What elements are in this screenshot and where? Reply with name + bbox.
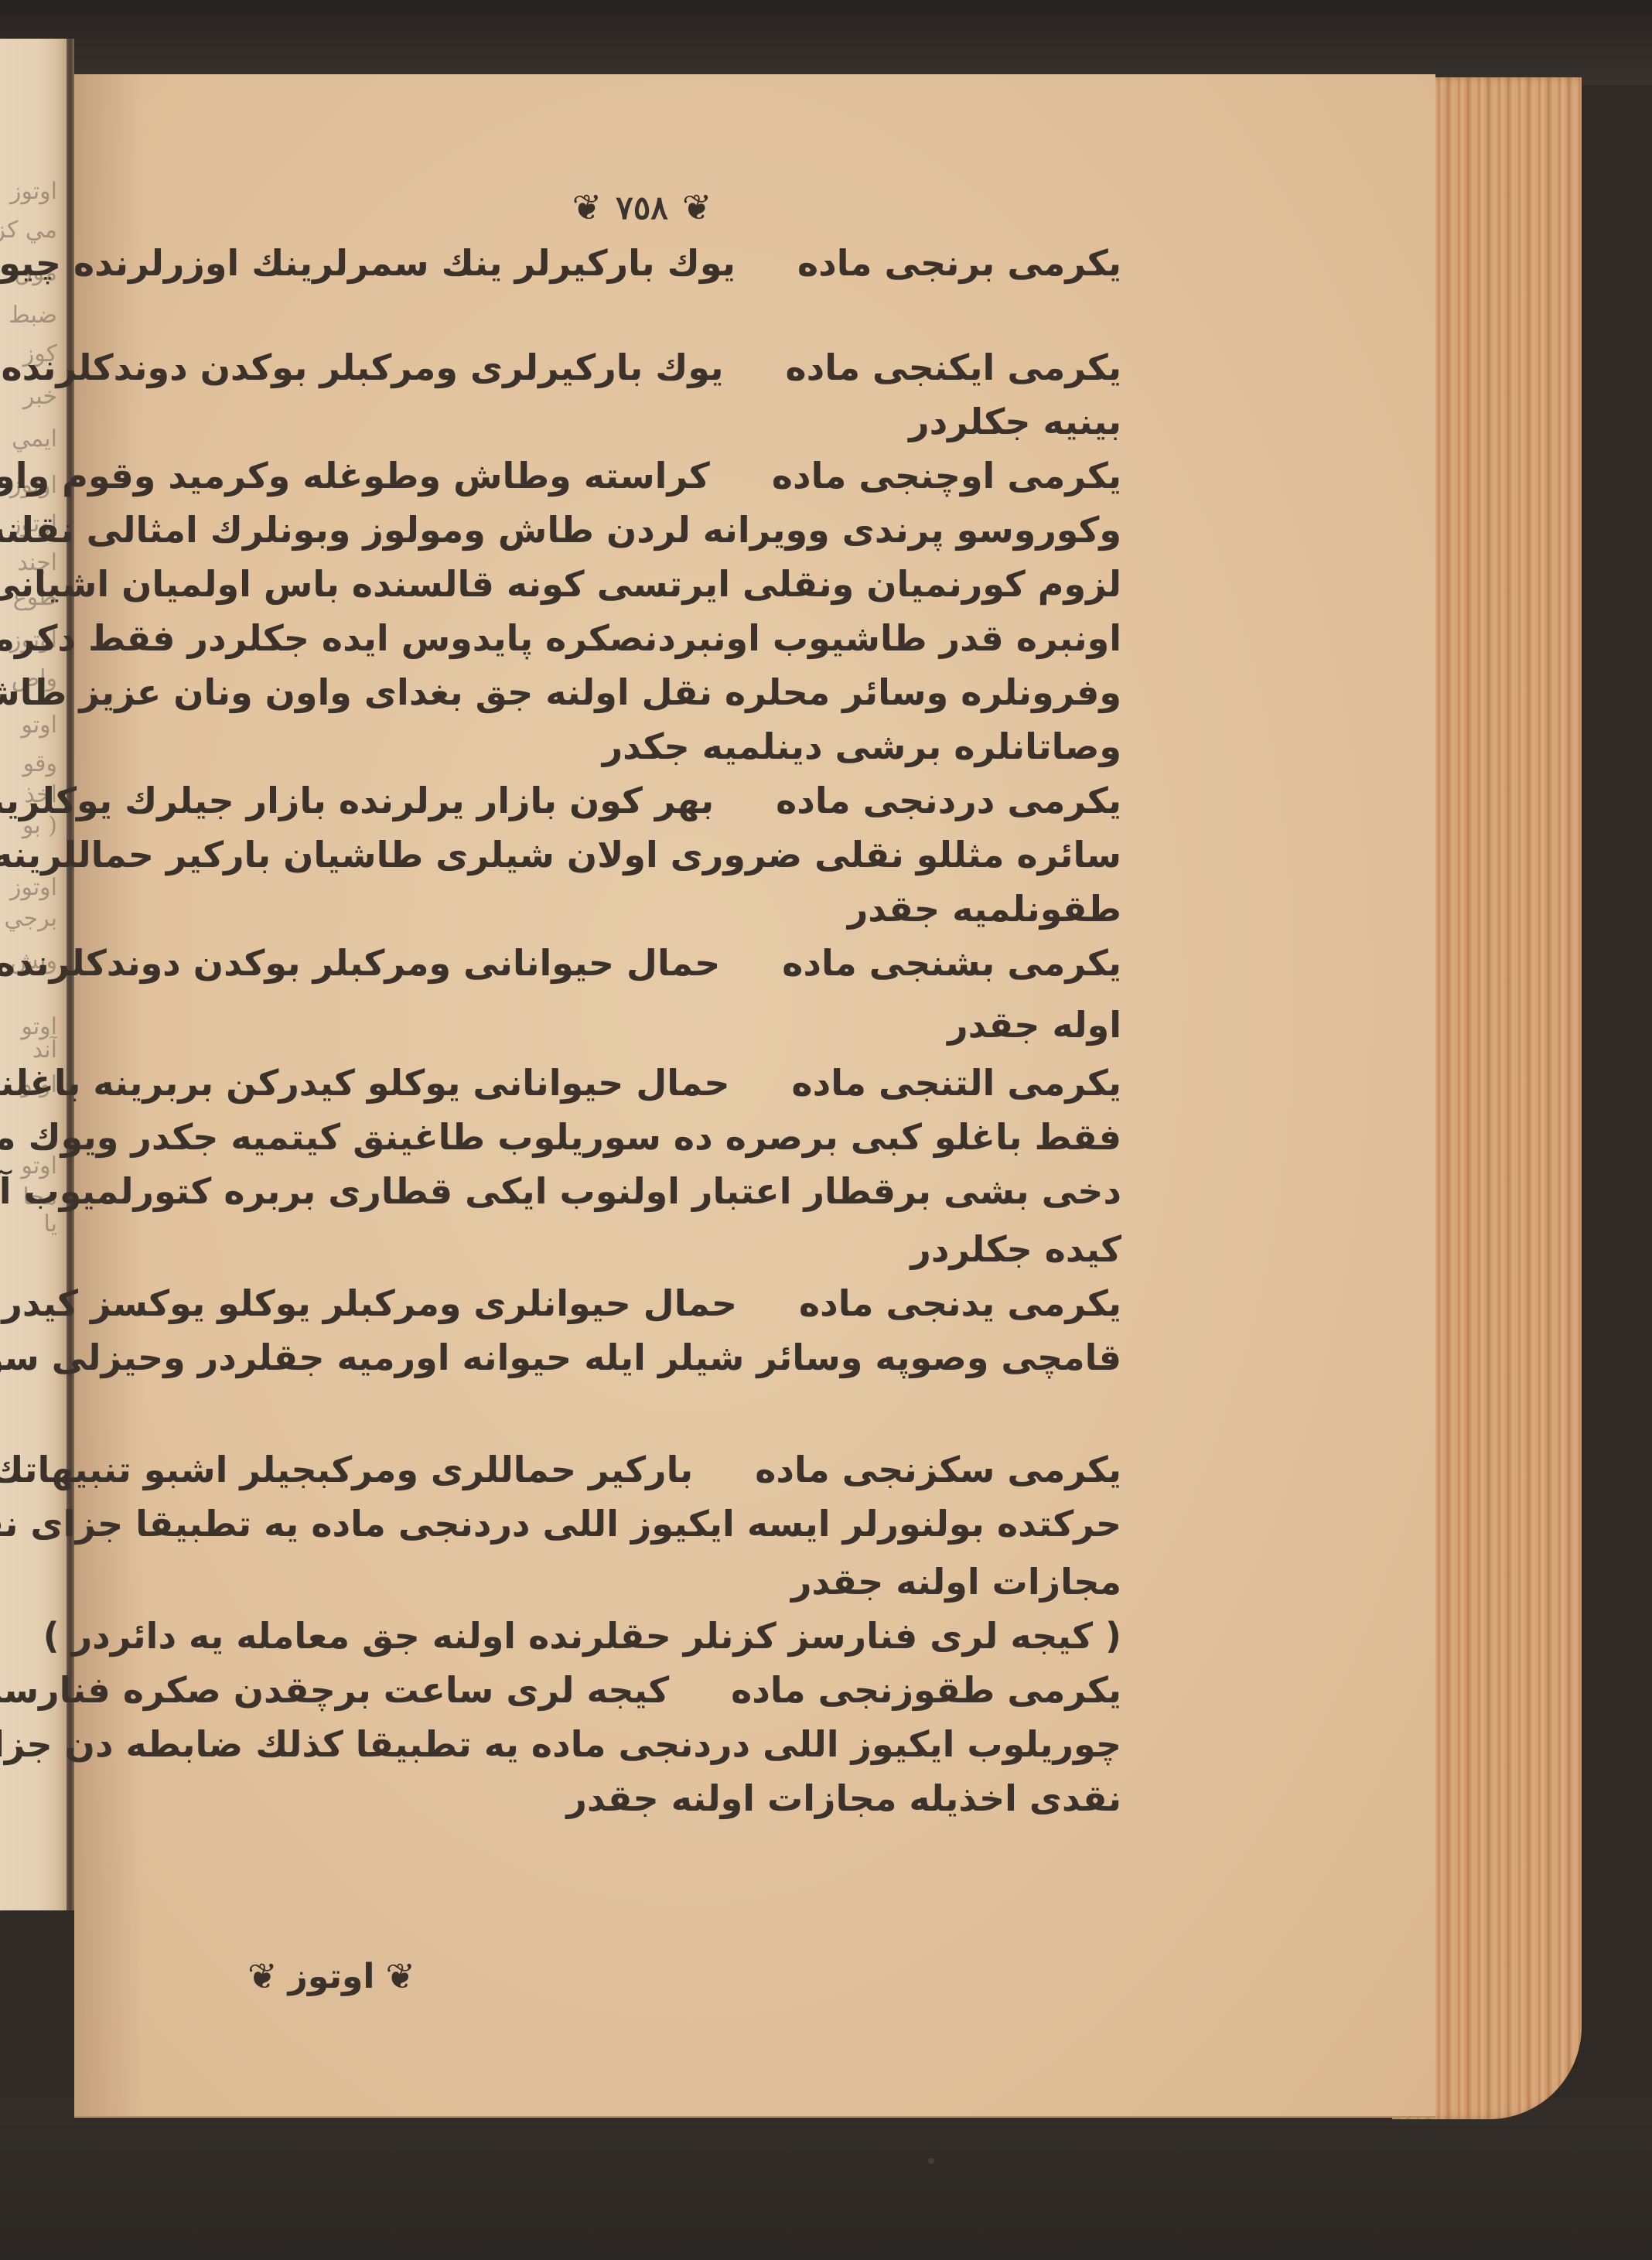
article-7-line-2: قامچى وصوپه وسائر شيلر ايله حيوانه اورمي…	[155, 1330, 1121, 1384]
facing-page-text: ضبط	[0, 302, 57, 329]
article-9-line-2: چوريلوب ايكيوز اللى دردنجى ماده يه تطبيق…	[155, 1717, 1121, 1771]
ornament-right-icon: ❦	[385, 1958, 415, 1994]
article-1-line-1: يكرمى برنجى مادهيوك باركيرلر ينك سمرلرين…	[155, 236, 1121, 290]
ornament-right-icon: ❦	[682, 189, 712, 225]
article-4-line-1: يكرمى دردنجى مادهبهر كون بازار يرلرنده ب…	[155, 773, 1121, 828]
facing-page-text: اوتوز	[0, 178, 57, 205]
article-5-line-2: اوله جقدر	[155, 998, 1121, 1052]
article-9-line-3: نقدى اخذيله مجازات اولنه جقدر	[155, 1771, 1121, 1825]
article-6-line-2: فقط باغلو كبى برصره ده سوريلوب طاغينق كي…	[155, 1110, 1121, 1164]
article-6-line-4: كيده جكلردر	[155, 1222, 1121, 1276]
page-number: ٧٥٨	[616, 189, 668, 227]
ornament-left-icon: ❦	[572, 189, 602, 225]
facing-page-text: برجي	[0, 905, 57, 932]
article-3-line-5: وفرونلره وسائر محلره نقل اولنه جق بغداى …	[155, 665, 1121, 719]
article-8-line-2: حركتده بولنورلر ايسه ايكيوز اللى دردنجى …	[155, 1497, 1121, 1551]
article-3-line-6: وصاتانلره برشى دينلميه جكدر	[155, 719, 1121, 773]
article-7-line-1: يكرمى يدنجى مادهحمال حيوانلرى ومركبلر يو…	[155, 1276, 1121, 1330]
article-6-line-1: يكرمى التنجى مادهحمال حيوانانى يوكلو كيد…	[155, 1056, 1121, 1110]
article-8-line-1: يكرمى سكزنجى مادهباركير حماللرى ومركبجيل…	[155, 1442, 1121, 1497]
article-4-line-3: طقونلميه جقدر	[155, 882, 1121, 936]
article-8-line-3: مجازات اولنه جقدر	[155, 1555, 1121, 1609]
article-2-line-2: بينيه جكلردر	[155, 394, 1121, 449]
background-bottom	[0, 2098, 1652, 2260]
article-2-line-1: يكرمى ايكنجى مادهيوك باركيرلرى ومركبلر ب…	[155, 340, 1121, 394]
article-4-line-2: سائره مثللو نقلى ضرورى اولان شيلرى طاشيا…	[155, 828, 1121, 882]
article-3-line-4: اونبره قدر طاشيوب اونبردنصكره پايدوس ايد…	[155, 611, 1121, 665]
article-3-line-2: وكوروسو پرندى وويرانه لردن طاش ومولوز وب…	[155, 503, 1121, 557]
catchword-footer: ❦ اوتوز ❦	[247, 1953, 415, 1999]
article-6-line-3: دخى بشى برقطار اعتبار اولنوب ايكى قطارى …	[155, 1164, 1121, 1218]
catchword: اوتوز	[288, 1957, 375, 1996]
background-top	[0, 0, 1652, 85]
paper-speck	[928, 2158, 934, 2164]
ornament-left-icon: ❦	[247, 1958, 278, 1994]
article-3-line-3: لزوم كورنميان ونقلى ايرتسى كونه قالسنده …	[155, 557, 1121, 611]
article-3-line-1: يكرمى اوچنجى مادهكراسته وطاش وطوغله وكرم…	[155, 449, 1121, 503]
section-subheading: ( كيجه لرى فنارسز كزنلر حقلرنده اولنه جق…	[155, 1609, 1121, 1663]
page-header: ❦ ٧٥٨ ❦	[541, 184, 742, 230]
article-5-line-1: يكرمى بشنجى مادهحمال حيوانانى ومركبلر بو…	[155, 936, 1121, 990]
article-9-line-1: يكرمى طقوزنجى مادهكيجه لرى ساعت برچقدن ص…	[155, 1663, 1121, 1717]
